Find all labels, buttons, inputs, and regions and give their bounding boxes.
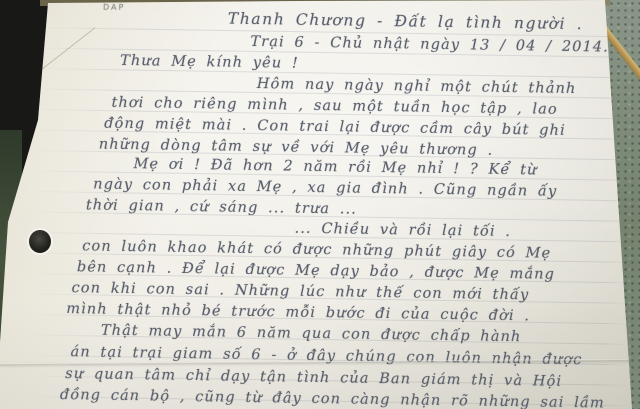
punch-hole [29, 230, 51, 253]
handwriting-line-salutation: Thưa Mẹ kính yêu ! [120, 53, 299, 73]
paper-sheet: DAP Thanh Chương - Đất lạ tình người . T… [0, 0, 640, 409]
handwriting-line: ... Chiều và rồi lại tối . [294, 221, 511, 241]
letter-photo: DAP Thanh Chương - Đất lạ tình người . T… [0, 0, 640, 409]
paper-shading [0, 300, 640, 409]
